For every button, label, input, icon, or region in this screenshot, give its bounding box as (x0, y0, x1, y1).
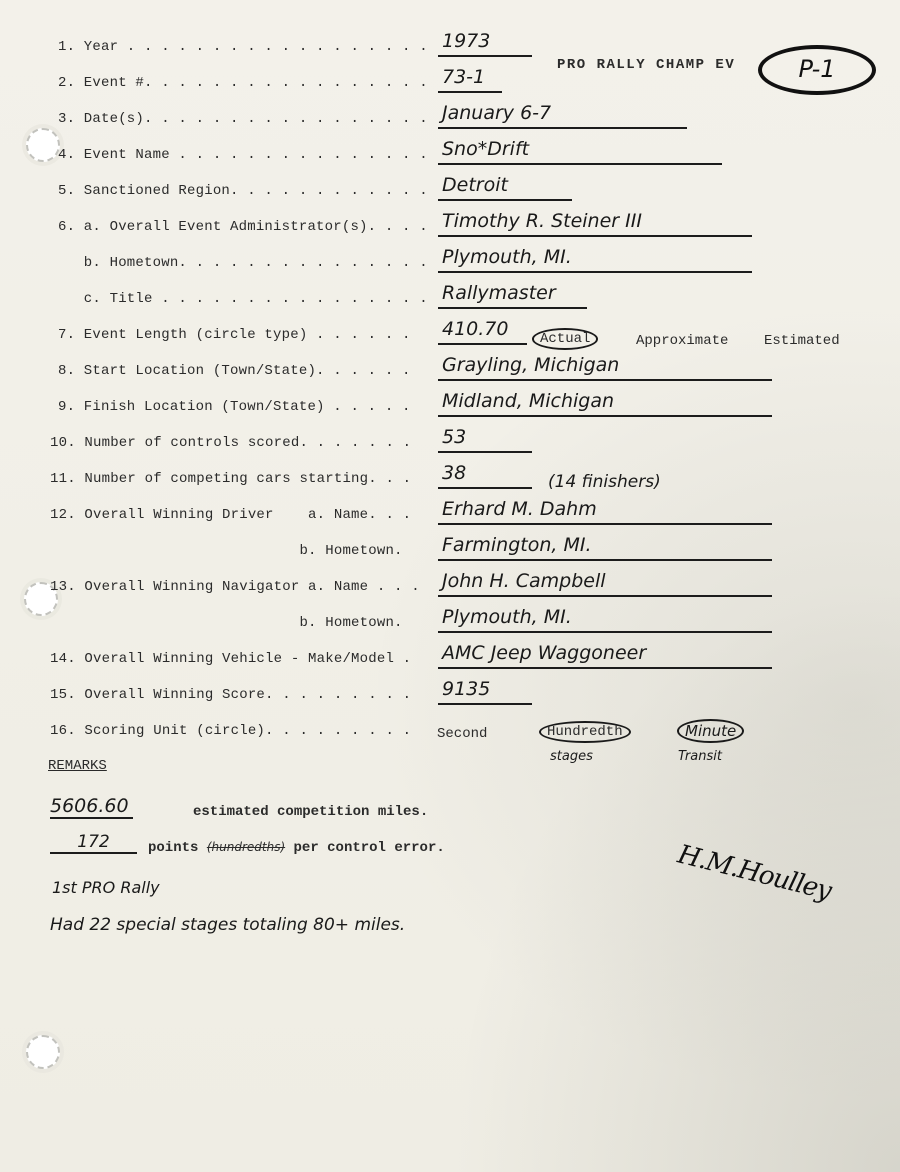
scoring-minute-note: Transit (678, 749, 722, 764)
remarks-title: REMARKS (48, 758, 107, 774)
field-label: 13. Overall Winning Navigator a. Name . … (50, 579, 420, 595)
form-row: b. Hometown.Plymouth, MI. (0, 613, 900, 643)
remarks-points-text: points (hundredths) per control error. (148, 840, 445, 856)
field-value: 53 (438, 425, 532, 453)
field-value: Sno*Drift (438, 137, 722, 165)
field-label: b. Hometown. (50, 543, 403, 559)
field-label: b. Hometown. (50, 615, 403, 631)
scanned-form-page: PRO RALLY CHAMP EV P-1 1. Year . . . . .… (0, 0, 900, 1172)
scoring-hundredth-note: stages (550, 749, 593, 764)
form-row: 14. Overall Winning Vehicle - Make/Model… (0, 649, 900, 679)
form-row: 11. Number of competing cars starting. .… (0, 469, 900, 499)
form-row: 3. Date(s). . . . . . . . . . . . . . . … (0, 109, 900, 139)
field-label: 5. Sanctioned Region. . . . . . . . . . … (58, 183, 428, 199)
field-label: 15. Overall Winning Score. . . . . . . .… (50, 687, 411, 703)
form-row: 9. Finish Location (Town/State) . . . . … (0, 397, 900, 427)
form-row: 5. Sanctioned Region. . . . . . . . . . … (0, 181, 900, 211)
form-row: 10. Number of controls scored. . . . . .… (0, 433, 900, 463)
form-row: 4. Event Name . . . . . . . . . . . . . … (0, 145, 900, 175)
event-length-estimated: Estimated (764, 333, 840, 349)
form-row: 2. Event #. . . . . . . . . . . . . . . … (0, 73, 900, 103)
field-value: John H. Campbell (438, 569, 772, 597)
field-label: 3. Date(s). . . . . . . . . . . . . . . … (58, 111, 428, 127)
punch-hole (26, 1035, 60, 1069)
field-label: 14. Overall Winning Vehicle - Make/Model… (50, 651, 411, 667)
field-label: 7. Event Length (circle type) . . . . . … (58, 327, 411, 343)
remarks-note-line2: Had 22 special stages totaling 80+ miles… (50, 915, 405, 935)
field-label: 9. Finish Location (Town/State) . . . . … (58, 399, 411, 415)
field-value: Erhard M. Dahm (438, 497, 772, 525)
event-length-actual: Actual (532, 331, 598, 347)
cars-note: (14 finishers) (548, 472, 661, 492)
form-row: b. Hometown.Farmington, MI. (0, 541, 900, 571)
scoring-hundredth: Hundredth (539, 724, 631, 740)
field-value: Plymouth, MI. (438, 605, 772, 633)
field-label: 1. Year . . . . . . . . . . . . . . . . … (58, 39, 428, 55)
field-value: 410.70 (438, 317, 527, 345)
field-value: Plymouth, MI. (438, 245, 752, 273)
field-value: 1973 (438, 29, 532, 57)
field-value: Midland, Michigan (438, 389, 772, 417)
field-label: b. Hometown. . . . . . . . . . . . . . . (58, 255, 428, 271)
field-label: 2. Event #. . . . . . . . . . . . . . . … (58, 75, 428, 91)
form-row: 13. Overall Winning Navigator a. Name . … (0, 577, 900, 607)
signature: H.M.Houlley (675, 840, 834, 907)
field-value: Grayling, Michigan (438, 353, 772, 381)
field-label: 8. Start Location (Town/State). . . . . … (58, 363, 411, 379)
field-label: 11. Number of competing cars starting. .… (50, 471, 411, 487)
field-value: 9135 (438, 677, 532, 705)
form-row: 8. Start Location (Town/State). . . . . … (0, 361, 900, 391)
remarks-note-line1: 1st PRO Rally (52, 878, 160, 897)
field-value: Timothy R. Steiner III (438, 209, 752, 237)
field-value: 38 (438, 461, 532, 489)
form-row: 12. Overall Winning Driver a. Name. . .E… (0, 505, 900, 535)
remarks-miles-text: estimated competition miles. (193, 804, 428, 820)
remarks-points-value: 172 (50, 832, 137, 854)
event-length-approximate: Approximate (636, 333, 728, 349)
field-value: Rallymaster (438, 281, 587, 309)
field-label: 6. a. Overall Event Administrator(s). . … (58, 219, 428, 235)
field-value: Farmington, MI. (438, 533, 772, 561)
form-row: 6. a. Overall Event Administrator(s). . … (0, 217, 900, 247)
field-value: 73-1 (438, 65, 502, 93)
field-label: 4. Event Name . . . . . . . . . . . . . … (58, 147, 428, 163)
strikeout-text: (hundredths) (207, 840, 285, 854)
scoring-minute: Minute (677, 722, 744, 740)
form-row: b. Hometown. . . . . . . . . . . . . . .… (0, 253, 900, 283)
field-value: AMC Jeep Waggoneer (438, 641, 772, 669)
scoring-second: Second (437, 726, 487, 742)
field-label: c. Title . . . . . . . . . . . . . . . . (58, 291, 428, 307)
form-row: c. Title . . . . . . . . . . . . . . . .… (0, 289, 900, 319)
field-label: 10. Number of controls scored. . . . . .… (50, 435, 411, 451)
field-value: Detroit (438, 173, 572, 201)
field-value: January 6-7 (438, 101, 687, 129)
field-label: 16. Scoring Unit (circle). . . . . . . .… (50, 723, 411, 739)
field-label: 12. Overall Winning Driver a. Name. . . (50, 507, 411, 523)
form-row: 15. Overall Winning Score. . . . . . . .… (0, 685, 900, 715)
form-row: 1. Year . . . . . . . . . . . . . . . . … (0, 37, 900, 67)
remarks-miles-value: 5606.60 (50, 795, 133, 819)
